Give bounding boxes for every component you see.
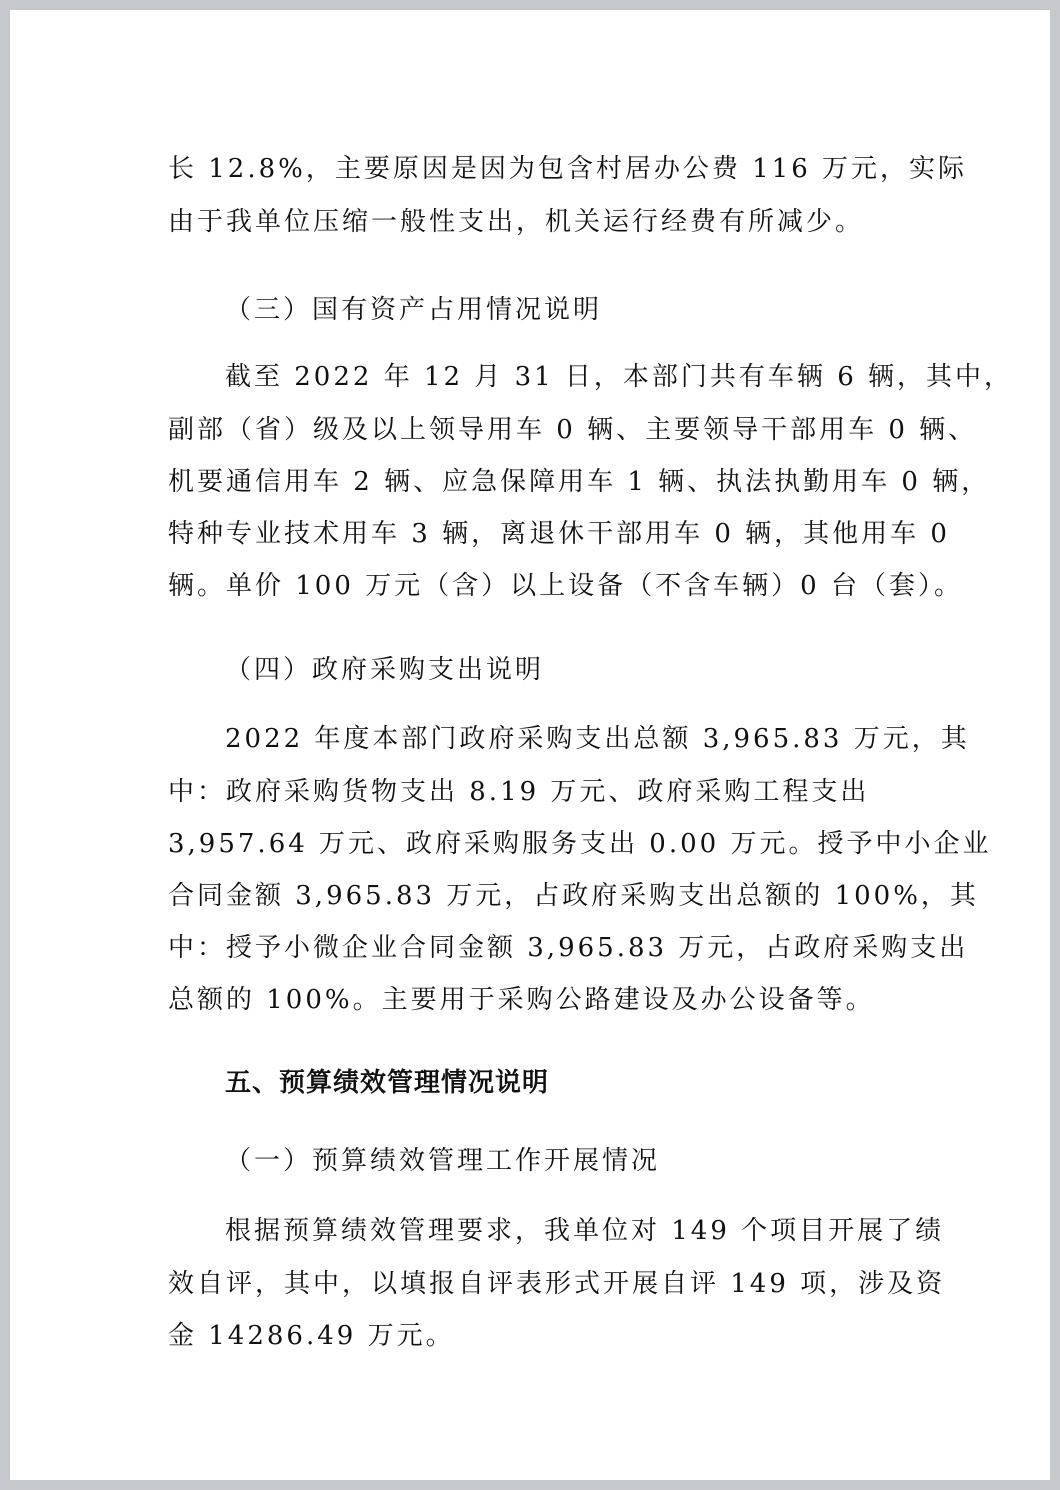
subsection-heading-performance-work: （一）预算绩效管理工作开展情况 [225, 1144, 660, 1178]
section-heading-procurement: （四）政府采购支出说明 [225, 653, 544, 687]
section-heading-performance: 五、预算绩效管理情况说明 [225, 1066, 549, 1100]
paragraph-line: 中：授予小微企业合同金额 3,965.83 万元，占政府采购支出 [168, 931, 968, 965]
paragraph-line: 中：政府采购货物支出 8.19 万元、政府采购工程支出 [168, 775, 869, 809]
section-heading-assets: （三）国有资产占用情况说明 [225, 293, 602, 327]
paragraph-line: 辆。单价 100 万元（含）以上设备（不含车辆）0 台（套）。 [168, 569, 963, 603]
paragraph-line: 金 14286.49 万元。 [168, 1319, 455, 1353]
document-page: 长 12.8%，主要原因是因为包含村居办公费 116 万元，实际 由于我单位压缩… [10, 10, 1050, 1480]
paragraph-line: 由于我单位压缩一般性支出，机关运行经费有所减少。 [168, 205, 864, 239]
paragraph-line: 合同金额 3,965.83 万元，占政府采购支出总额的 100%，其 [168, 879, 979, 913]
paragraph-line: 3,957.64 万元、政府采购服务支出 0.00 万元。授予中小企业 [168, 827, 991, 861]
paragraph-line: 总额的 100%。主要用于采购公路建设及办公设备等。 [168, 983, 875, 1017]
paragraph-line: 2022 年度本部门政府采购支出总额 3,965.83 万元，其 [225, 722, 970, 756]
paragraph-line: 机要通信用车 2 辆、应急保障用车 1 辆、执法执勤用车 0 辆， [168, 465, 990, 499]
paragraph-line: 效自评，其中，以填报自评表形式开展自评 149 项，涉及资 [168, 1267, 945, 1301]
paragraph-line: 截至 2022 年 12 月 31 日，本部门共有车辆 6 辆，其中， [225, 360, 1013, 394]
paragraph-line: 特种专业技术用车 3 辆，离退休干部用车 0 辆，其他用车 0 [168, 517, 950, 551]
paragraph-line: 长 12.8%，主要原因是因为包含村居办公费 116 万元，实际 [168, 152, 967, 186]
paragraph-line: 副部（省）级及以上领导用车 0 辆、主要领导干部用车 0 辆、 [168, 413, 977, 447]
paragraph-line: 根据预算绩效管理要求，我单位对 149 个项目开展了绩 [225, 1214, 944, 1248]
